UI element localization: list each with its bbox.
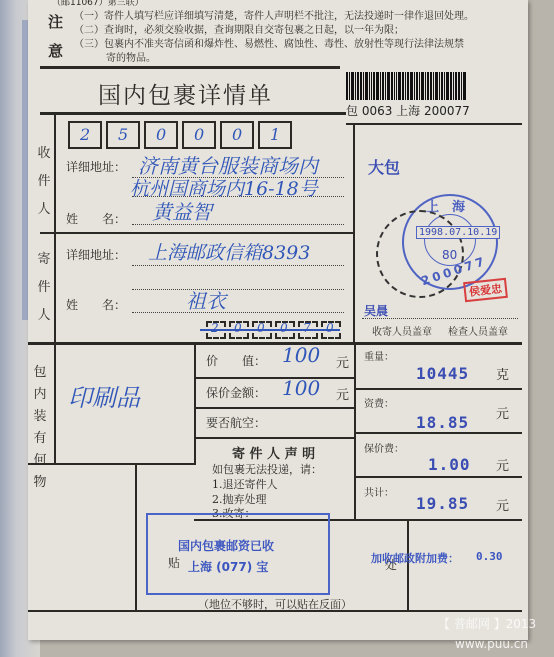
- label-char: 装: [32, 406, 48, 428]
- form-title: 国内包裹详情单: [98, 77, 273, 110]
- weight-value: 10445: [416, 364, 469, 383]
- divider: [135, 464, 137, 610]
- total-label: 共计：: [364, 484, 394, 499]
- value-label: 价 值：: [206, 352, 266, 369]
- insurance-label: 保价费：: [364, 440, 404, 455]
- recipient-name-label: 姓 名：: [66, 210, 126, 227]
- postmark-city: 上 海: [426, 196, 465, 215]
- dotted-line: [132, 265, 344, 266]
- recipient-address-label: 详细地址：: [66, 158, 126, 175]
- sender-address-label: 详细地址：: [66, 246, 126, 263]
- recipient-postcode-box[interactable]: 2: [68, 121, 102, 149]
- note-1: （一）寄件人填写栏应详细填写清楚，寄件人声明栏不批注，无法投递时一律作退回处理。: [74, 10, 474, 24]
- divider: [354, 388, 522, 390]
- contents-value[interactable]: 印刷品: [68, 378, 140, 413]
- recipient-name[interactable]: 黄益智: [152, 196, 212, 225]
- dotted-line: [362, 318, 518, 319]
- postage-paid-line1: 国内包裹邮资已收: [178, 537, 274, 554]
- label-char: 何: [32, 450, 48, 472]
- divider: [346, 123, 522, 125]
- ink-strike: [200, 329, 340, 331]
- postmark-number: 80: [442, 248, 457, 262]
- insured-amount[interactable]: 100: [282, 376, 320, 400]
- postage-unit: 元: [496, 403, 509, 422]
- divider: [40, 112, 346, 115]
- postcode-digit: 0: [234, 321, 242, 335]
- divider: [40, 66, 340, 69]
- label-char: 件: [36, 274, 52, 302]
- postmark-date: 1998.07.10.19: [416, 226, 500, 239]
- recipient-postcode-box[interactable]: 0: [144, 121, 178, 149]
- divider: [54, 114, 56, 342]
- postcode-digit: 0: [326, 321, 334, 335]
- parcel-form: （邮11067）第三联） 注 意 （一）寄件人填写栏应详细填写清楚，寄件人声明栏…: [28, 0, 528, 640]
- sender-name[interactable]: 祖衣: [186, 285, 226, 314]
- divider: [194, 377, 354, 379]
- postage-label: 资费：: [364, 395, 394, 410]
- airmail-label: 要否航空：: [206, 414, 266, 431]
- declaration-title: 寄 件 人 声 明: [232, 443, 315, 462]
- sender-section-label: 寄 件 人: [36, 246, 52, 330]
- recipient-postcode-box[interactable]: 0: [182, 121, 216, 149]
- value-unit: 元: [336, 352, 349, 371]
- label-char: 包: [32, 362, 48, 384]
- divider: [354, 476, 522, 478]
- surcharge-value: 0.30: [476, 550, 503, 563]
- weight-unit: 克: [496, 364, 509, 383]
- declaration-intro: 如包裹无法投递，请：: [212, 461, 322, 477]
- postcode-digit: 7: [303, 321, 311, 335]
- note-4: 寄的物品。: [106, 52, 156, 66]
- sender-address[interactable]: 上海邮政信箱8393: [148, 238, 310, 265]
- postcode-digit: 0: [232, 125, 242, 144]
- weight-label: 重量：: [364, 348, 394, 363]
- postcode-digit: 0: [280, 321, 288, 335]
- divider: [28, 463, 196, 465]
- barcode-caption: 包 0063 上海 200077: [346, 102, 470, 119]
- postage-paid-stamp: [146, 513, 330, 595]
- form-code: （邮11067）第三联）: [52, 0, 144, 10]
- insurance-value: 1.00: [428, 455, 471, 474]
- divider: [194, 437, 354, 439]
- label-char: 人: [36, 196, 52, 224]
- postcode-digit: 0: [257, 321, 265, 335]
- postcode-digit: 1: [270, 125, 280, 144]
- contents-section-label: 包 内 装 有 何 物: [32, 362, 48, 494]
- divider: [194, 407, 354, 409]
- label-char: 物: [32, 472, 48, 494]
- divider: [28, 342, 522, 345]
- note-2: （二）查询时，必须交验收据，查询期限自交寄包裹之日起，以一年为限；: [74, 24, 404, 38]
- label-char: 内: [32, 384, 48, 406]
- total-value: 19.85: [416, 494, 469, 513]
- note-3: （三）包裹内不准夹寄信函和爆炸性、易燃性、腐蚀性、毒性、放射性等现行法律法规禁: [74, 38, 464, 52]
- recipient-postcode-box[interactable]: 5: [106, 121, 140, 149]
- sender-name-label: 姓 名：: [66, 296, 126, 313]
- insurance-unit: 元: [496, 455, 509, 474]
- divider: [40, 232, 354, 234]
- surcharge-label: 加收邮政附加费：: [371, 550, 459, 566]
- label-char: 人: [36, 302, 52, 330]
- recipient-postcode-box[interactable]: 1: [258, 121, 292, 149]
- red-seal: 侯爱忠: [463, 278, 508, 302]
- dotted-line: [132, 289, 344, 290]
- recipient-section-label: 收 件 人: [36, 140, 52, 224]
- postage-value: 18.85: [416, 413, 469, 432]
- postcode-digit: 5: [118, 125, 128, 144]
- label-char: 件: [36, 168, 52, 196]
- watermark-line2: www.puu.cn: [455, 637, 528, 651]
- postcode-digit: 2: [211, 321, 219, 335]
- stamp-area-note: （地位不够时，可以贴在反面）: [198, 596, 352, 612]
- barcode: [346, 72, 467, 100]
- receiver-seal-label: 收寄人员盖章: [372, 323, 432, 338]
- inspector-seal-label: 检查人员盖章: [448, 323, 508, 338]
- value-amount[interactable]: 100: [282, 343, 320, 367]
- watermark-line1: 【 普邮网 】2013: [438, 615, 536, 632]
- postcode-digit: 2: [80, 125, 90, 144]
- notes-head-top: 注: [48, 11, 63, 32]
- divider: [54, 344, 56, 464]
- divider: [354, 432, 522, 434]
- label-char: 收: [36, 140, 52, 168]
- postage-paid-line2: 上海 (077) 宝: [188, 558, 268, 575]
- parcel-type: 大包: [368, 155, 400, 178]
- recipient-postcode-box[interactable]: 0: [220, 121, 254, 149]
- insured-label: 保价金额：: [206, 384, 266, 401]
- receiver-signature: 吴晨: [364, 302, 388, 319]
- postcode-digit: 0: [156, 125, 166, 144]
- notes-head-bottom: 意: [48, 40, 63, 61]
- divider: [194, 344, 196, 464]
- total-unit: 元: [496, 495, 509, 514]
- dotted-line: [132, 312, 344, 313]
- label-char: 有: [32, 428, 48, 450]
- label-char: 寄: [36, 246, 52, 274]
- insured-unit: 元: [336, 384, 349, 403]
- declaration-option-return[interactable]: 1.退还寄件人: [212, 476, 278, 492]
- postcode-digit: 0: [194, 125, 204, 144]
